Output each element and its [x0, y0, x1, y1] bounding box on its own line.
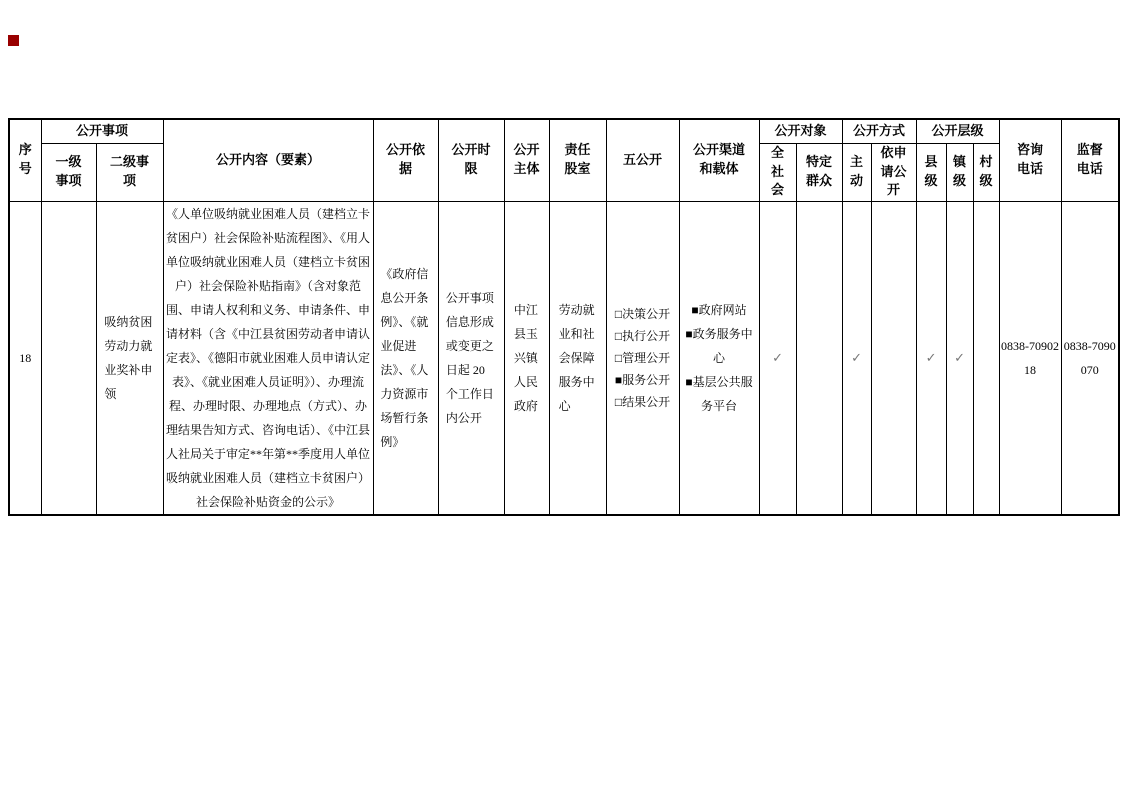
header-level1-item: 一级事项 — [41, 143, 96, 201]
five-disclosure-option: □执行公开 — [607, 325, 679, 347]
five-disclosure-option: □结果公开 — [607, 391, 679, 413]
checkmark: ✓ — [954, 350, 965, 365]
header-level2-item: 二级事项 — [96, 143, 163, 201]
cell-basis: 《政府信息公开条例》、《就业促进法》、《人力资源市场暂行条例》 — [373, 201, 438, 515]
table-row: 18 吸纳贫困劳动力就业奖补申领 《人单位吸纳就业困难人员（建档立卡贫困户）社会… — [9, 201, 1119, 515]
cell-subject: 中江县玉兴镇人民政府 — [504, 201, 549, 515]
channel-item: ■基层公共服务平台 — [680, 370, 759, 418]
checkmark: ✓ — [851, 350, 862, 365]
disclosure-table: 序号 公开事项 公开内容（要素） 公开依据 公开时限 公开主体 责任股室 五公开… — [8, 118, 1120, 516]
checkmark: ✓ — [772, 350, 783, 365]
cell-level-town: ✓ — [946, 201, 973, 515]
header-target-group: 公开对象 — [759, 119, 842, 143]
channel-item: ■政务服务中心 — [680, 322, 759, 370]
five-disclosure-option: □决策公开 — [607, 303, 679, 325]
cell-target-specific — [796, 201, 842, 515]
header-consult-phone: 咨询电话 — [999, 119, 1061, 201]
header-target-specific: 特定群众 — [796, 143, 842, 201]
header-level-town: 镇级 — [946, 143, 973, 201]
cell-level2-item: 吸纳贫困劳动力就业奖补申领 — [96, 201, 163, 515]
cell-channels: ■政府网站 ■政务服务中心 ■基层公共服务平台 — [679, 201, 759, 515]
cell-responsible-office: 劳动就业和社会保障服务中心 — [549, 201, 606, 515]
cell-consult-phone: 0838-7090218 — [999, 201, 1061, 515]
corner-marker — [8, 35, 19, 46]
header-disclosure-item-group: 公开事项 — [41, 119, 163, 143]
channel-item: ■政府网站 — [680, 298, 759, 322]
cell-mode-active: ✓ — [842, 201, 871, 515]
cell-target-all-society: ✓ — [759, 201, 796, 515]
header-mode-active: 主动 — [842, 143, 871, 201]
cell-content: 《人单位吸纳就业困难人员（建档立卡贫困户）社会保险补贴流程图》、《用人单位吸纳就… — [163, 201, 373, 515]
cell-time-limit: 公开事项信息形成或变更之日起 20 个工作日内公开 — [438, 201, 504, 515]
five-disclosure-option: ■服务公开 — [607, 369, 679, 391]
cell-serial-no: 18 — [9, 201, 41, 515]
header-channels: 公开渠道和载体 — [679, 119, 759, 201]
header-basis: 公开依据 — [373, 119, 438, 201]
cell-level-county: ✓ — [916, 201, 946, 515]
header-level-group: 公开层级 — [916, 119, 999, 143]
cell-mode-on-request — [871, 201, 916, 515]
header-target-all-society: 全社会 — [759, 143, 796, 201]
cell-level-village — [973, 201, 999, 515]
cell-level1-item — [41, 201, 96, 515]
header-content: 公开内容（要素） — [163, 119, 373, 201]
header-serial-no: 序号 — [9, 119, 41, 201]
header-subject: 公开主体 — [504, 119, 549, 201]
header-level-village: 村级 — [973, 143, 999, 201]
header-five-disclosures: 五公开 — [606, 119, 679, 201]
cell-supervise-phone: 0838-7090070 — [1061, 201, 1119, 515]
header-responsible-office: 责任股室 — [549, 119, 606, 201]
header-supervise-phone: 监督电话 — [1061, 119, 1119, 201]
cell-five-disclosures: □决策公开 □执行公开 □管理公开 ■服务公开 □结果公开 — [606, 201, 679, 515]
header-level-county: 县级 — [916, 143, 946, 201]
header-mode-on-request: 依申请公开 — [871, 143, 916, 201]
header-mode-group: 公开方式 — [842, 119, 916, 143]
checkmark: ✓ — [926, 350, 937, 365]
five-disclosure-option: □管理公开 — [607, 347, 679, 369]
header-time-limit: 公开时限 — [438, 119, 504, 201]
